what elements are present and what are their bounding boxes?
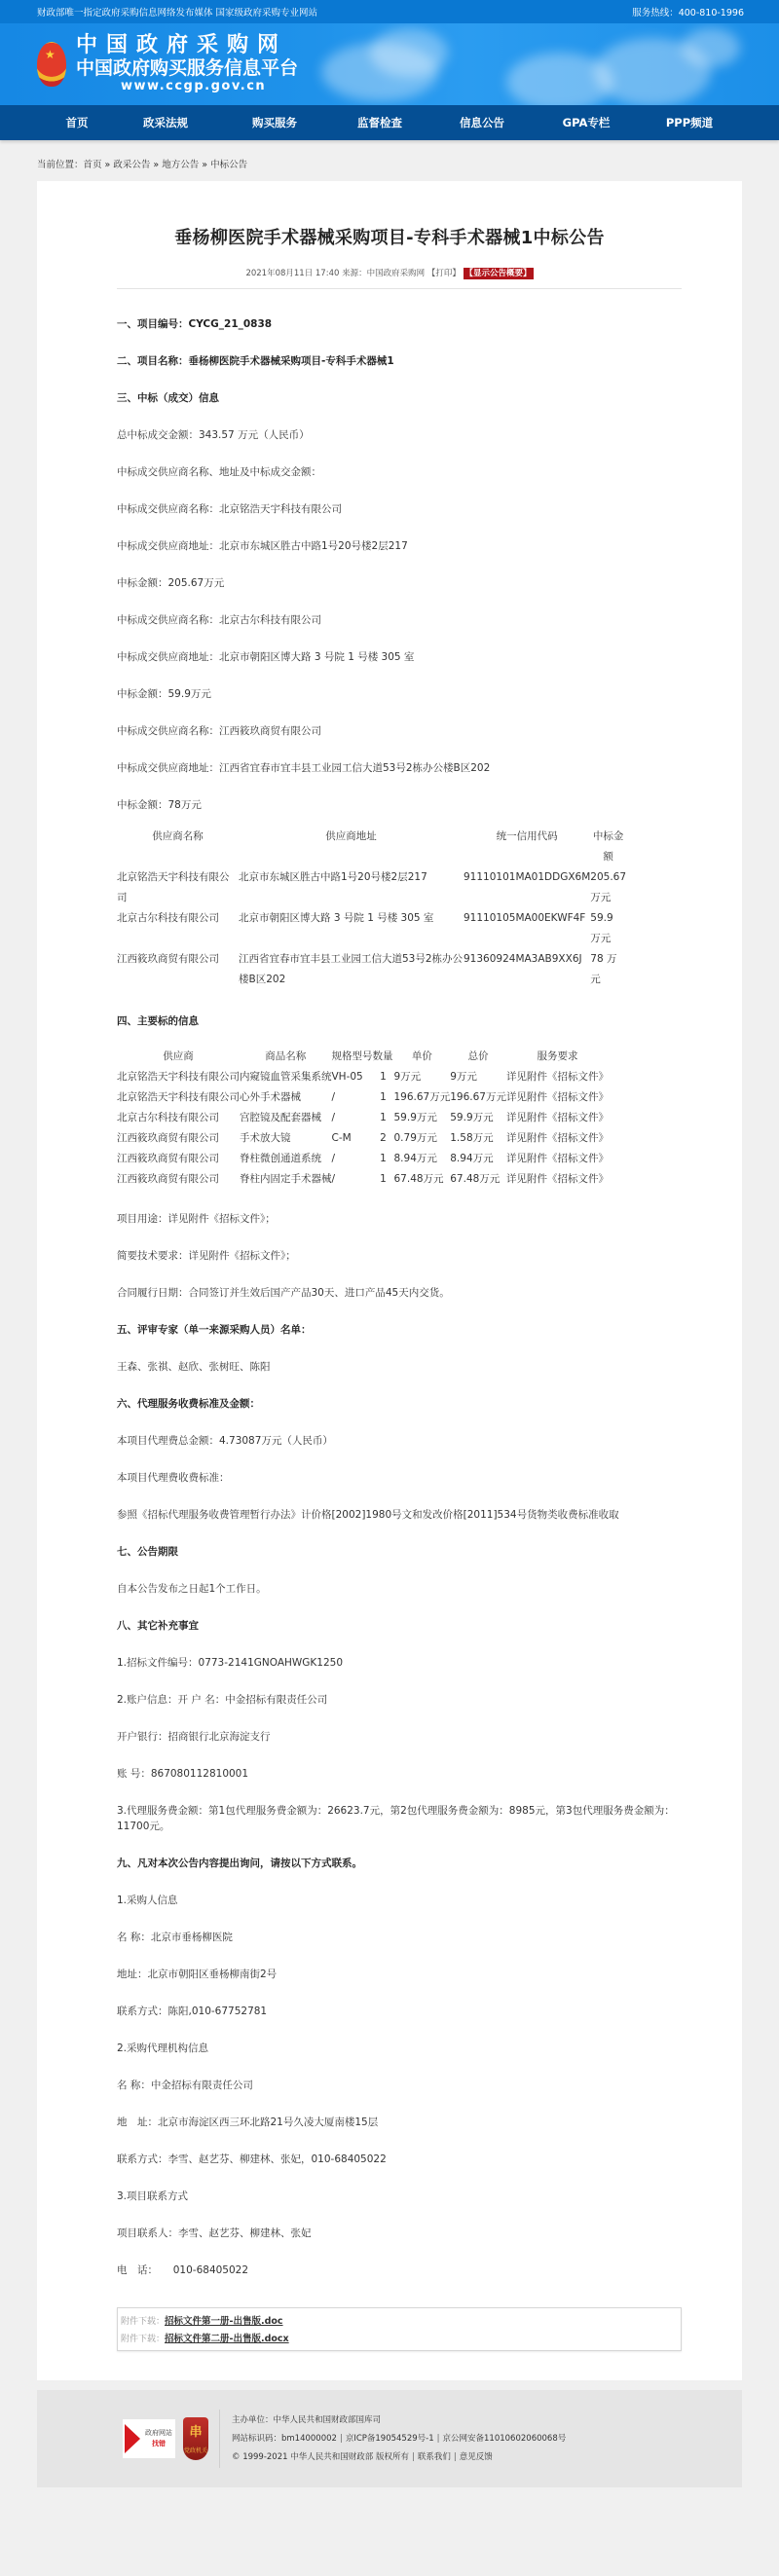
col-service-req: 服务要求 — [506, 1047, 609, 1067]
contact-line: 名 称：北京市垂杨柳医院 — [117, 1930, 682, 1945]
police-record: 京公网安备11010602060068号 — [443, 2434, 567, 2444]
party-gov-emblem-icon: 串 — [183, 2421, 208, 2440]
cell-service-req: 详见附件《招标文件》 — [506, 1087, 609, 1108]
contact-line: 地 址：北京市海淀区西三环北路21号久凌大厦南楼15层 — [117, 2115, 682, 2130]
page-title: 垂杨柳医院手术器械采购项目-专科手术器械1中标公告 — [97, 224, 682, 249]
section6-heading: 六、代理服务收费标准及金额： — [117, 1396, 682, 1412]
col-unit-price: 单价 — [394, 1047, 451, 1067]
fee-info-line: 本项目代理费总金额：4.73087万元（人民币） — [117, 1433, 682, 1449]
project-number: 一、项目编号：CYCG_21_0838 — [117, 316, 682, 332]
service-hotline: 服务热线：400-810-1996 — [632, 5, 744, 18]
cell-model: / — [332, 1087, 373, 1108]
cell-product-name: 宫腔镜及配套器械 — [240, 1108, 332, 1128]
attachment-link[interactable]: 招标文件第二册-出售版.docx — [165, 2334, 289, 2344]
cell-quantity: 1 — [373, 1149, 394, 1169]
cell-quantity: 2 — [373, 1128, 394, 1149]
item-info-line: 简要技术要求：详见附件《招标文件》； — [117, 1248, 682, 1264]
cell-model: VH-05 — [332, 1067, 373, 1087]
supplement-line: 开户银行：招商银行北京海淀支行 — [117, 1729, 682, 1745]
contact-line: 电 话： 010-68405022 — [117, 2263, 682, 2278]
attachment-item: 附件下载：招标文件第一册-出售版.doc — [121, 2313, 678, 2331]
cell-unit-price: 59.9万元 — [394, 1108, 451, 1128]
cell-product-name: 脊柱微创通道系统 — [240, 1149, 332, 1169]
table-row: 江西筱玖商贸有限公司江西省宜春市宜丰县工业园工信大道53号2栋办公楼B区2029… — [117, 949, 626, 990]
gov-site-error-report-badge[interactable]: 政府网站 找错 — [123, 2419, 175, 2458]
contact-line: 3.项目联系方式 — [117, 2189, 682, 2204]
section8-heading: 八、其它补充事宜 — [117, 1618, 682, 1634]
breadcrumb-award-announcements[interactable]: 中标公告 — [210, 160, 247, 170]
cell-total-price: 67.48万元 — [450, 1169, 506, 1190]
cell-supplier-name: 北京古尔科技有限公司 — [117, 908, 239, 949]
nav-ppp[interactable]: PPP频道 — [639, 115, 740, 130]
section5-heading: 五、评审专家（单一来源采购人员）名单： — [117, 1322, 682, 1338]
award-info-line: 中标成交供应商名称、地址及中标成交金额： — [117, 464, 682, 480]
top-strip: 财政部唯一指定政府采购信息网络发布媒体 国家级政府采购专业网站 服务热线：400… — [0, 0, 779, 23]
table-row: 江西筱玖商贸有限公司脊柱内固定手术器械/167.48万元67.48万元详见附件《… — [117, 1169, 609, 1190]
cell-award-amount: 205.67万元 — [590, 867, 626, 908]
award-info-line: 中标成交供应商名称：北京古尔科技有限公司 — [117, 612, 682, 628]
award-info-line: 总中标成交金额：343.57 万元（人民币） — [117, 427, 682, 443]
fee-info-line: 本项目代理费收费标准： — [117, 1470, 682, 1486]
attachment-link[interactable]: 招标文件第一册-出售版.doc — [165, 2316, 283, 2327]
separator: | — [340, 2434, 343, 2444]
separator: | — [412, 2452, 415, 2462]
title-divider — [117, 288, 682, 289]
col-model: 规格型号 — [332, 1047, 373, 1067]
col-total-price: 总价 — [450, 1047, 506, 1067]
award-info-line: 中标成交供应商名称：北京铭浩天宇科技有限公司 — [117, 501, 682, 517]
cell-total-price: 8.94万元 — [450, 1149, 506, 1169]
site-id: 网站标识码：bm14000002 — [232, 2434, 337, 2444]
contact-line: 项目联系人：李雪、赵艺芬、柳建林、张妃 — [117, 2226, 682, 2241]
nav-gpa[interactable]: GPA专栏 — [534, 115, 639, 130]
cell-supplier: 北京古尔科技有限公司 — [117, 1108, 240, 1128]
section3-heading: 三、中标（成交）信息 — [117, 390, 682, 406]
cell-supplier-name: 北京铭浩天宇科技有限公司 — [117, 867, 239, 908]
contact-line: 地址：北京市朝阳区垂杨柳南街2号 — [117, 1967, 682, 1982]
cell-unit-price: 8.94万元 — [394, 1149, 451, 1169]
award-info-line: 中标金额：59.9万元 — [117, 686, 682, 702]
badge-caption: 党政机关 — [183, 2446, 208, 2454]
breadcrumb-home[interactable]: 首页 — [84, 160, 102, 170]
cell-quantity: 1 — [373, 1169, 394, 1190]
feedback-link[interactable]: 意见反馈 — [460, 2452, 493, 2462]
fee-info-line: 参照《招标代理服务收费管理暂行办法》计价格[2002]1980号文和发改价格[2… — [117, 1507, 682, 1523]
contact-line: 联系方式：陈阳,010-67752781 — [117, 2004, 682, 2019]
brand-url: www.ccgp.gov.cn — [76, 79, 298, 94]
award-info-line: 中标成交供应商地址：北京市朝阳区博大路 3 号院 1 号楼 305 室 — [117, 649, 682, 665]
section9-heading: 九、凡对本次公告内容提出询问，请按以下方式联系。 — [117, 1856, 682, 1871]
announcement-period: 自本公告发布之日起1个工作日。 — [117, 1581, 682, 1597]
breadcrumb-gov-announcements[interactable]: 政采公告 — [113, 160, 150, 170]
col-supplier: 供应商 — [117, 1047, 240, 1067]
separator: | — [454, 2452, 457, 2462]
cell-service-req: 详见附件《招标文件》 — [506, 1169, 609, 1190]
cell-product-name: 手术放大镜 — [240, 1128, 332, 1149]
icp-number: 京ICP备19054529号-1 — [346, 2434, 434, 2444]
supplier-table: 供应商名称 供应商地址 统一信用代码 中标金额 北京铭浩天宇科技有限公司北京市东… — [117, 827, 626, 990]
col-product-name: 商品名称 — [240, 1047, 332, 1067]
show-summary-button[interactable]: 【显示公告概要】 — [464, 268, 534, 279]
footer-divider — [219, 2410, 220, 2468]
col-award-amount: 中标金额 — [590, 827, 626, 867]
site-footer: 政府网站 找错 串 党政机关 主办单位：中华人民共和国财政部国库司 网站标识码：… — [37, 2390, 742, 2487]
supplement-line: 账 号：867080112810001 — [117, 1766, 682, 1782]
contact-line: 2.采购代理机构信息 — [117, 2041, 682, 2056]
cell-award-amount: 78 万元 — [590, 949, 626, 990]
cell-unit-price: 67.48万元 — [394, 1169, 451, 1190]
table-header-row: 供应商 商品名称 规格型号 数量 单价 总价 服务要求 — [117, 1047, 609, 1067]
col-supplier-name: 供应商名称 — [117, 827, 239, 867]
cell-total-price: 1.58万元 — [450, 1128, 506, 1149]
table-row: 江西筱玖商贸有限公司手术放大镜C-M20.79万元1.58万元详见附件《招标文件… — [117, 1128, 609, 1149]
nav-home[interactable]: 首页 — [43, 115, 111, 130]
items-table: 供应商 商品名称 规格型号 数量 单价 总价 服务要求 北京铭浩天宇科技有限公司… — [117, 1047, 609, 1190]
attachments-box: 附件下载：招标文件第一册-出售版.doc 附件下载：招标文件第二册-出售版.do… — [117, 2307, 682, 2351]
site-banner: 中国政府采购网 中国政府购买服务信息平台 www.ccgp.gov.cn — [0, 23, 779, 105]
col-supplier-address: 供应商地址 — [239, 827, 464, 867]
table-row: 北京铭浩天宇科技有限公司内窥镜血管采集系统VH-0519万元9万元详见附件《招标… — [117, 1067, 609, 1087]
nav-regulations[interactable]: 政采法规 — [111, 115, 220, 130]
cell-product-name: 内窥镜血管采集系统 — [240, 1067, 332, 1087]
breadcrumb-prefix: 当前位置： — [37, 160, 84, 170]
table-row: 北京铭浩天宇科技有限公司北京市东城区胜古中路1号20号楼2层2179111010… — [117, 867, 626, 908]
supplement-line: 1.招标文件编号：0773-2141GNOAHWGK1250 — [117, 1655, 682, 1671]
contact-us-link[interactable]: 联系我们 — [418, 2452, 451, 2462]
footer-ids: 网站标识码：bm14000002|京ICP备19054529号-1|京公网安备1… — [232, 2430, 566, 2448]
cell-credit-code: 91110105MA00EKWF4F — [464, 908, 590, 949]
cell-supplier: 江西筱玖商贸有限公司 — [117, 1128, 240, 1149]
cell-quantity: 1 — [373, 1108, 394, 1128]
cell-total-price: 59.9万元 — [450, 1108, 506, 1128]
cell-service-req: 详见附件《招标文件》 — [506, 1149, 609, 1169]
site-logo[interactable]: 中国政府采购网 中国政府购买服务信息平台 www.ccgp.gov.cn — [37, 34, 298, 94]
publish-date: 2021年08月11日 17:40 — [245, 269, 339, 278]
cell-model: / — [332, 1149, 373, 1169]
attachment-label: 附件下载： — [121, 2317, 165, 2327]
contact-line: 名 称：中金招标有限责任公司 — [117, 2078, 682, 2093]
breadcrumb-separator: » — [199, 160, 210, 170]
brand-line1: 中国政府采购网 — [76, 34, 298, 57]
item-info-line: 项目用途：详见附件《招标文件》； — [117, 1211, 682, 1227]
contact-line: 1.采购人信息 — [117, 1893, 682, 1908]
cell-model: / — [332, 1108, 373, 1128]
nav-announcements[interactable]: 信息公告 — [430, 115, 534, 130]
award-info-line: 中标成交供应商地址：江西省宜春市宜丰县工业园工信大道53号2栋办公楼B区202 — [117, 760, 682, 776]
cell-supplier: 江西筱玖商贸有限公司 — [117, 1169, 240, 1190]
national-emblem-icon — [37, 42, 66, 87]
cell-supplier-address: 江西省宜春市宜丰县工业园工信大道53号2栋办公楼B区202 — [239, 949, 464, 990]
cell-supplier-name: 江西筱玖商贸有限公司 — [117, 949, 239, 990]
magnifier-icon — [125, 2424, 140, 2453]
source: 来源：中国政府采购网 — [342, 269, 425, 278]
item-info-line: 合同履行日期：合同签订并生效后国产产品30天、进口产品45天内交货。 — [117, 1285, 682, 1301]
party-gov-badge[interactable]: 串 党政机关 — [183, 2417, 208, 2460]
badge-top-text: 政府网站 — [145, 2429, 172, 2437]
supplement-line: 2.账户信息：开 户 名：中金招标有限责任公司 — [117, 1692, 682, 1708]
footer-copyright-row: © 1999-2021 中华人民共和国财政部 版权所有|联系我们|意见反馈 — [232, 2448, 566, 2467]
col-quantity: 数量 — [373, 1047, 394, 1067]
breadcrumb-separator: » — [150, 160, 162, 170]
footer-info: 主办单位：中华人民共和国财政部国库司 网站标识码：bm14000002|京ICP… — [232, 2411, 566, 2467]
table-row: 北京古尔科技有限公司北京市朝阳区博大路 3 号院 1 号楼 305 室91110… — [117, 908, 626, 949]
cell-service-req: 详见附件《招标文件》 — [506, 1067, 609, 1087]
attachment-item: 附件下载：招标文件第二册-出售版.docx — [121, 2331, 678, 2348]
breadcrumb-local-announcements[interactable]: 地方公告 — [162, 160, 199, 170]
section7-heading: 七、公告期限 — [117, 1544, 682, 1560]
cell-quantity: 1 — [373, 1087, 394, 1108]
table-header-row: 供应商名称 供应商地址 统一信用代码 中标金额 — [117, 827, 626, 867]
cell-award-amount: 59.9 万元 — [590, 908, 626, 949]
cell-model: C-M — [332, 1128, 373, 1149]
error-report-text: 政府网站 找错 — [145, 2428, 172, 2449]
badge-bottom-text: 找错 — [145, 2439, 172, 2449]
supplement-line: 3.代理服务费金额：第1包代理服务费金额为：26623.7元，第2包代理服务费金… — [117, 1803, 682, 1834]
col-credit-code: 统一信用代码 — [464, 827, 590, 867]
separator: | — [437, 2434, 440, 2444]
article-card: 垂杨柳医院手术器械采购项目-专科手术器械1中标公告 2021年08月11日 17… — [37, 181, 742, 2380]
expert-list: 王森、张祺、赵欣、张树旺、陈阳 — [117, 1359, 682, 1375]
section4-heading: 四、主要标的信息 — [117, 1013, 682, 1029]
cell-total-price: 196.67万元 — [450, 1087, 506, 1108]
award-info-line: 中标成交供应商地址：北京市东城区胜古中路1号20号楼2层217 — [117, 538, 682, 554]
award-info-line: 中标成交供应商名称：江西筱玖商贸有限公司 — [117, 723, 682, 739]
cell-supplier-address: 北京市朝阳区博大路 3 号院 1 号楼 305 室 — [239, 908, 464, 949]
nav-purchase-service[interactable]: 购买服务 — [220, 115, 329, 130]
cell-product-name: 脊柱内固定手术器械 — [240, 1169, 332, 1190]
cell-supplier: 江西筱玖商贸有限公司 — [117, 1149, 240, 1169]
cell-unit-price: 9万元 — [394, 1067, 451, 1087]
award-info-line: 中标金额：78万元 — [117, 797, 682, 813]
table-row: 江西筱玖商贸有限公司脊柱微创通道系统/18.94万元8.94万元详见附件《招标文… — [117, 1149, 609, 1169]
cell-supplier: 北京铭浩天宇科技有限公司 — [117, 1087, 240, 1108]
footer-sponsor: 主办单位：中华人民共和国财政部国库司 — [232, 2411, 566, 2430]
table-row: 北京铭浩天宇科技有限公司心外手术器械/1196.67万元196.67万元详见附件… — [117, 1087, 609, 1108]
nav-supervision[interactable]: 监督检查 — [329, 115, 430, 130]
cell-credit-code: 91360924MA3AB9XX6J — [464, 949, 590, 990]
table-row: 北京古尔科技有限公司宫腔镜及配套器械/159.9万元59.9万元详见附件《招标文… — [117, 1108, 609, 1128]
cell-unit-price: 0.79万元 — [394, 1128, 451, 1149]
print-link[interactable]: 【打印】 — [427, 269, 461, 278]
cell-supplier: 北京铭浩天宇科技有限公司 — [117, 1067, 240, 1087]
breadcrumb-separator: » — [102, 160, 114, 170]
cell-supplier-address: 北京市东城区胜古中路1号20号楼2层217 — [239, 867, 464, 908]
project-name: 二、项目名称：垂杨柳医院手术器械采购项目-专科手术器械1 — [117, 353, 682, 369]
attachment-label: 附件下载： — [121, 2335, 165, 2344]
cell-service-req: 详见附件《招标文件》 — [506, 1108, 609, 1128]
contact-line: 联系方式：李雪、赵艺芬、柳建林、张妃，010-68405022 — [117, 2152, 682, 2167]
cell-total-price: 9万元 — [450, 1067, 506, 1087]
brand-line2: 中国政府购买服务信息平台 — [76, 57, 298, 79]
site-slogan: 财政部唯一指定政府采购信息网络发布媒体 国家级政府采购专业网站 — [37, 5, 317, 18]
cell-model: / — [332, 1169, 373, 1190]
copyright: © 1999-2021 中华人民共和国财政部 版权所有 — [232, 2452, 409, 2462]
cell-product-name: 心外手术器械 — [240, 1087, 332, 1108]
cell-quantity: 1 — [373, 1067, 394, 1087]
award-info-line: 中标金额：205.67万元 — [117, 575, 682, 591]
cell-credit-code: 91110101MA01DDGX6M — [464, 867, 590, 908]
cell-unit-price: 196.67万元 — [394, 1087, 451, 1108]
breadcrumb: 当前位置：首页 » 政采公告 » 地方公告 » 中标公告 — [0, 140, 779, 181]
article-meta: 2021年08月11日 17:40 来源：中国政府采购网 【打印】 【显示公告概… — [97, 267, 682, 278]
article-content: 一、项目编号：CYCG_21_0838 二、项目名称：垂杨柳医院手术器械采购项目… — [117, 316, 682, 2351]
cell-service-req: 详见附件《招标文件》 — [506, 1128, 609, 1149]
main-nav: 首页 政采法规 购买服务 监督检查 信息公告 GPA专栏 PPP频道 — [0, 105, 779, 140]
